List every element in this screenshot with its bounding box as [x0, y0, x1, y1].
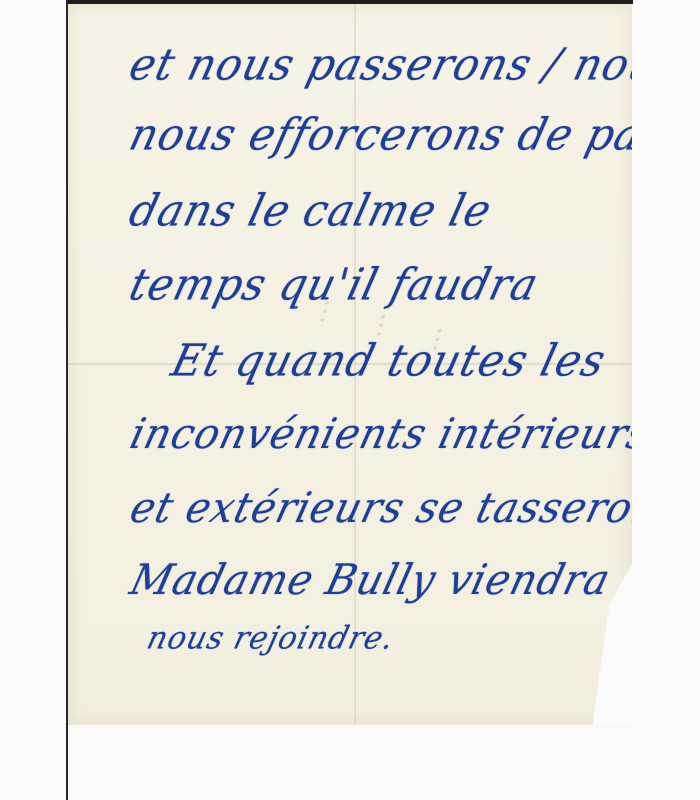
scan-top-border: [67, 0, 633, 4]
letter-paper: ... ... ... et nous passerons / nous nou…: [68, 4, 632, 725]
scanner-bed-area: [68, 725, 632, 800]
handwritten-line: nous rejoindre.: [118, 620, 648, 662]
scan-left-border: [66, 0, 68, 800]
handwritten-line: nous efforcerons de passer: [118, 108, 657, 186]
handwritten-line: et extérieurs se tasseront: [118, 484, 657, 562]
document-scan: ... ... ... et nous passerons / nous nou…: [0, 0, 700, 800]
handwritten-line: dans le calme le: [118, 184, 657, 262]
handwritten-line: et nous passerons / nous: [118, 38, 657, 116]
handwritten-line: temps qu'il faudra: [118, 258, 657, 336]
handwritten-text: et nous passerons / nous nous efforceron…: [118, 36, 638, 668]
handwritten-line: Et quand toutes les: [118, 334, 657, 412]
handwritten-line: inconvénients intérieurs: [118, 410, 657, 488]
